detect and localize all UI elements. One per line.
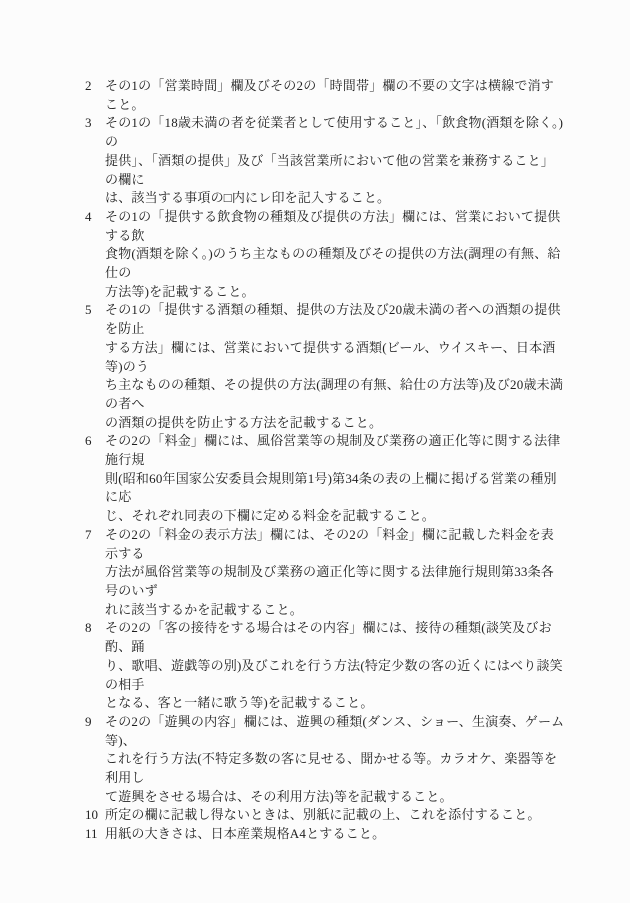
note-number: 3 (85, 114, 105, 133)
note-item: 9 その2の「遊興の内容」欄には、遊興の種類(ダンス、ショー、生演奏、ゲーム等)… (85, 713, 565, 807)
notes-list: 2 その1の「営業時間」欄及びその2の「時間帯」欄の不要の文字は横線で消すこと。… (85, 77, 565, 844)
note-number: 10 (85, 806, 105, 825)
note-text: その1の「18歳未満の者を従業者として使用すること」、「飲食物(酒類を除く。)の… (105, 114, 565, 208)
note-item: 11 用紙の大きさは、日本産業規格A4とすること。 (85, 825, 565, 844)
note-text: その2の「遊興の内容」欄には、遊興の種類(ダンス、ショー、生演奏、ゲーム等)、 … (105, 713, 565, 807)
note-text: その2の「料金」欄には、風俗営業等の規制及び業務の適正化等に関する法律施行規 則… (105, 432, 565, 526)
note-item: 7 その2の「料金の表示方法」欄には、その2の「料金」欄に記載した料金を表示する… (85, 526, 565, 620)
note-item: 2 その1の「営業時間」欄及びその2の「時間帯」欄の不要の文字は横線で消すこと。 (85, 77, 565, 114)
note-item: 10 所定の欄に記載し得ないときは、別紙に記載の上、これを添付すること。 (85, 806, 565, 825)
note-text: その1の「提供する酒類の種類、提供の方法及び20歳未満の者への酒類の提供を防止 … (105, 301, 565, 432)
note-item: 3 その1の「18歳未満の者を従業者として使用すること」、「飲食物(酒類を除く。… (85, 114, 565, 208)
note-text: 所定の欄に記載し得ないときは、別紙に記載の上、これを添付すること。 (105, 806, 565, 825)
note-item: 6 その2の「料金」欄には、風俗営業等の規制及び業務の適正化等に関する法律施行規… (85, 432, 565, 526)
note-number: 5 (85, 301, 105, 320)
note-number: 7 (85, 526, 105, 545)
note-text: 用紙の大きさは、日本産業規格A4とすること。 (105, 825, 565, 844)
note-text: その2の「客の接待をする場合はその内容」欄には、接待の種類(談笑及びお酌、踊 り… (105, 619, 565, 713)
note-text: その1の「営業時間」欄及びその2の「時間帯」欄の不要の文字は横線で消すこと。 (105, 77, 565, 114)
note-text: その2の「料金の表示方法」欄には、その2の「料金」欄に記載した料金を表示する 方… (105, 526, 565, 620)
note-number: 6 (85, 432, 105, 451)
note-text: その1の「提供する飲食物の種類及び提供の方法」欄には、営業において提供する飲 食… (105, 208, 565, 302)
note-item: 8 その2の「客の接待をする場合はその内容」欄には、接待の種類(談笑及びお酌、踊… (85, 619, 565, 713)
note-number: 8 (85, 619, 105, 638)
note-number: 11 (85, 825, 105, 844)
note-item: 5 その1の「提供する酒類の種類、提供の方法及び20歳未満の者への酒類の提供を防… (85, 301, 565, 432)
document-page: 2 その1の「営業時間」欄及びその2の「時間帯」欄の不要の文字は横線で消すこと。… (85, 77, 565, 844)
note-number: 9 (85, 713, 105, 732)
note-number: 4 (85, 208, 105, 227)
note-number: 2 (85, 77, 105, 96)
note-item: 4 その1の「提供する飲食物の種類及び提供の方法」欄には、営業において提供する飲… (85, 208, 565, 302)
